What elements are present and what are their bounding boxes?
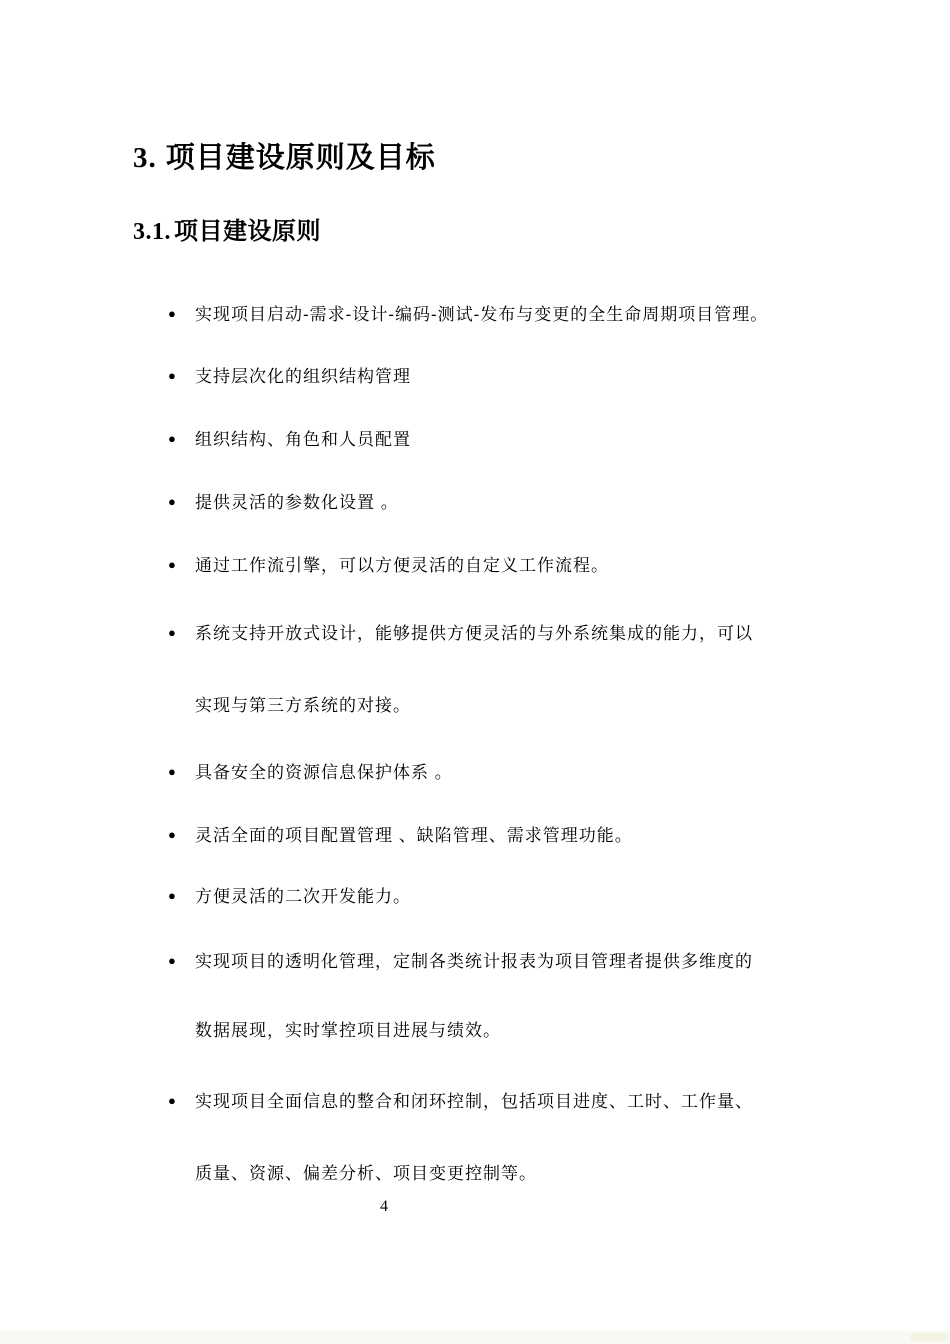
- list-item: ● 方便灵活的二次开发能力。: [168, 887, 868, 907]
- list-item: ● 实现项目全面信息的整合和闭环控制，包括项目进度、工时、工作量、 质量、资源、…: [168, 1092, 868, 1184]
- list-item: ● 灵活全面的项目配置管理 、缺陷管理、需求管理功能。: [168, 826, 868, 846]
- list-item-text: 数据展现，实时掌控项目进展与绩效。: [195, 1021, 868, 1041]
- document-page: 3.项目建设原则及目标 3.1.项目建设原则 ● 实现项目启动-需求-设计-编码…: [0, 0, 950, 1344]
- bullet-icon: ●: [168, 558, 176, 571]
- footer-bar: [0, 1331, 950, 1344]
- bullet-icon: ●: [168, 954, 176, 967]
- bullet-icon: ●: [168, 765, 176, 778]
- list-item-text: 实现项目启动-需求-设计-编码-测试-发布与变更的全生命周期项目管理。: [195, 305, 868, 325]
- list-item: ● 实现项目的透明化管理，定制各类统计报表为项目管理者提供多维度的 数据展现，实…: [168, 952, 868, 1041]
- list-item-text: 实现项目的透明化管理，定制各类统计报表为项目管理者提供多维度的: [195, 952, 868, 972]
- section-title-text: 项目建设原则及目标: [166, 142, 436, 174]
- bullet-icon: ●: [168, 626, 176, 639]
- bullet-icon: ●: [168, 369, 176, 382]
- bullet-icon: ●: [168, 889, 176, 902]
- list-item: ● 具备安全的资源信息保护体系 。: [168, 763, 868, 783]
- section-heading: 3.项目建设原则及目标: [133, 135, 436, 176]
- list-item: ● 支持层次化的组织结构管理: [168, 367, 868, 387]
- bullet-icon: ●: [168, 1094, 176, 1107]
- list-item-text: 具备安全的资源信息保护体系 。: [195, 763, 868, 783]
- list-item-text: 提供灵活的参数化设置 。: [195, 493, 868, 513]
- list-item-text: 方便灵活的二次开发能力。: [195, 887, 868, 907]
- subsection-title-text: 项目建设原则: [174, 218, 321, 245]
- list-item-text: 实现与第三方系统的对接。: [195, 696, 868, 716]
- subsection-number: 3.1.: [133, 219, 171, 245]
- section-number: 3.: [133, 142, 157, 174]
- subsection-heading: 3.1.项目建设原则: [133, 211, 321, 246]
- list-item: ● 系统支持开放式设计，能够提供方便灵活的与外系统集成的能力，可以 实现与第三方…: [168, 624, 868, 716]
- list-item-text: 通过工作流引擎，可以方便灵活的自定义工作流程。: [195, 556, 868, 576]
- bullet-icon: ●: [168, 307, 176, 320]
- list-item-text: 质量、资源、偏差分析、项目变更控制等。: [195, 1164, 868, 1184]
- list-item: ● 提供灵活的参数化设置 。: [168, 493, 868, 513]
- list-item: ● 实现项目启动-需求-设计-编码-测试-发布与变更的全生命周期项目管理。: [168, 305, 868, 325]
- list-item-text: 组织结构、角色和人员配置: [195, 430, 868, 450]
- list-item-text: 灵活全面的项目配置管理 、缺陷管理、需求管理功能。: [195, 826, 868, 846]
- page-number: 4: [380, 1198, 388, 1216]
- list-item: ● 通过工作流引擎，可以方便灵活的自定义工作流程。: [168, 556, 868, 576]
- list-item-text: 支持层次化的组织结构管理: [195, 367, 868, 387]
- bullet-icon: ●: [168, 432, 176, 445]
- bullet-icon: ●: [168, 495, 176, 508]
- list-item: ● 组织结构、角色和人员配置: [168, 430, 868, 450]
- list-item-text: 系统支持开放式设计，能够提供方便灵活的与外系统集成的能力，可以: [195, 624, 868, 644]
- bullet-icon: ●: [168, 828, 176, 841]
- list-item-text: 实现项目全面信息的整合和闭环控制，包括项目进度、工时、工作量、: [195, 1092, 868, 1112]
- corner-element: [910, 1333, 948, 1341]
